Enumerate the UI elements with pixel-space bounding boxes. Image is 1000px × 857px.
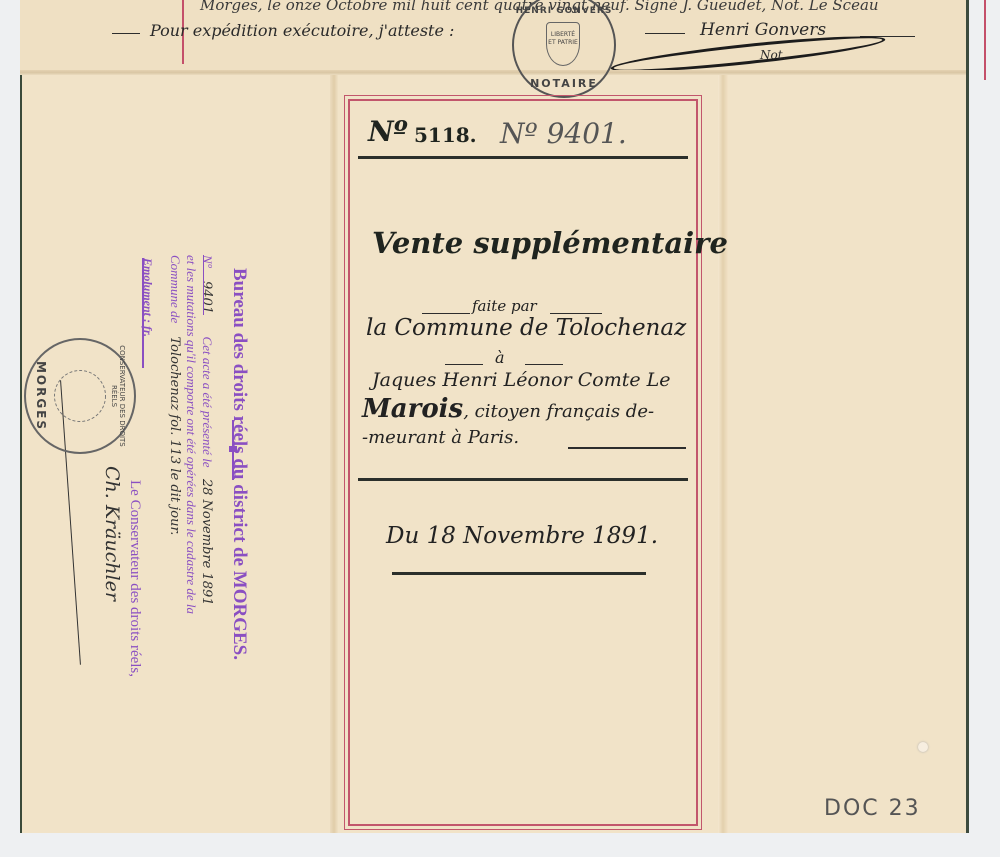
- cover-frame: Nº 5118. Nº 9401. Vente supplémentaire f…: [348, 99, 698, 826]
- coat-of-arms-icon: [54, 370, 106, 422]
- notary-stamp-top-text: HENRI GONVERS: [514, 6, 614, 16]
- registry-line3-handwritten: Tolochenaz fol. 113 le dit jour.: [167, 337, 182, 536]
- dash-rule: [645, 33, 685, 34]
- signature-suffix: Not.: [760, 48, 786, 62]
- seal-bottom-text: MORGES: [34, 340, 48, 452]
- header-rule: [358, 156, 688, 159]
- margin-redline-right: [984, 0, 986, 80]
- buyer-line-1: Jaques Henri Léonor Comte Le: [372, 369, 671, 391]
- registry-line1-printed: Cet acte a été présenté le: [200, 337, 215, 468]
- dash-rule: [550, 313, 602, 314]
- notary-signature: Henri Gonvers: [700, 20, 826, 40]
- seller-name: la Commune de Tolochenaz: [366, 315, 686, 341]
- vertical-fold-crease-right: [718, 75, 728, 833]
- registry-line3-printed: Commune de: [168, 255, 183, 323]
- top-fold-text-line2: Pour expédition exécutoire, j'atteste :: [150, 21, 454, 40]
- buyer-line-2: Marois, citoyen français de-: [362, 394, 654, 424]
- registry-line2: et les mutations qu'il comporte ont été …: [183, 255, 199, 614]
- dash-rule: [112, 33, 140, 34]
- document-title: Vente supplémentaire: [372, 226, 728, 260]
- date-rule: [392, 572, 646, 575]
- seal-ring-text: CONSERVATEUR DES DROITS RÉELS: [110, 340, 126, 452]
- horizontal-fold-crease: [20, 70, 966, 75]
- notary-stamp: HENRI GONVERS LIBERTÉ ET PATRIE NOTAIRE: [512, 0, 616, 98]
- buyer-surname: Marois: [362, 394, 463, 424]
- number-handwritten: Nº 9401.: [500, 117, 627, 150]
- top-fold-panel: Morges, le onze Octobre mil huit cent qu…: [20, 0, 966, 72]
- paper-hole: [918, 742, 928, 752]
- number-label: Nº: [368, 115, 408, 148]
- registry-seal: CONSERVATEUR DES DROITS RÉELS MORGES: [24, 338, 136, 454]
- registry-divider-mark: [229, 446, 237, 452]
- notary-stamp-bottom-text: NOTAIRE: [514, 77, 614, 90]
- section-rule: [358, 478, 688, 481]
- to-label: à: [495, 348, 505, 367]
- dash-rule: [525, 364, 563, 365]
- dash-rule: [445, 364, 483, 365]
- registry-number-value: 9401: [199, 281, 214, 314]
- conservateur-label: Le Conservateur des droits réels,: [126, 480, 143, 677]
- registry-line1-handwritten: 28 Novembre 1891: [199, 479, 214, 606]
- pencil-note: DOC 23: [824, 796, 921, 821]
- emolument-label: Emolument : fr.: [140, 258, 155, 337]
- fill-rule: [568, 447, 686, 449]
- deed-date: Du 18 Novembre 1891.: [386, 523, 658, 549]
- registry-number-line: Nº 9401 Cet acte a été présenté le 28 No…: [199, 255, 215, 606]
- vertical-fold-crease-left: [330, 75, 338, 833]
- number-printed: 5118.: [414, 123, 477, 147]
- registry-number-underline: [203, 255, 204, 315]
- sheet-edge: [966, 0, 969, 833]
- shield-emblem-icon: LIBERTÉ ET PATRIE: [546, 22, 580, 66]
- registry-line3: Commune de Tolochenaz fol. 113 le dit jo…: [167, 255, 183, 535]
- buyer-line-2-rest: , citoyen français de-: [463, 401, 654, 422]
- conservateur-signature: Ch. Kräuchler: [101, 466, 123, 601]
- by-label: faite par: [472, 297, 537, 315]
- buyer-line-3: -meurant à Paris.: [362, 427, 519, 448]
- notary-stamp-center-text: LIBERTÉ ET PATRIE: [548, 31, 578, 46]
- dash-rule: [422, 313, 470, 314]
